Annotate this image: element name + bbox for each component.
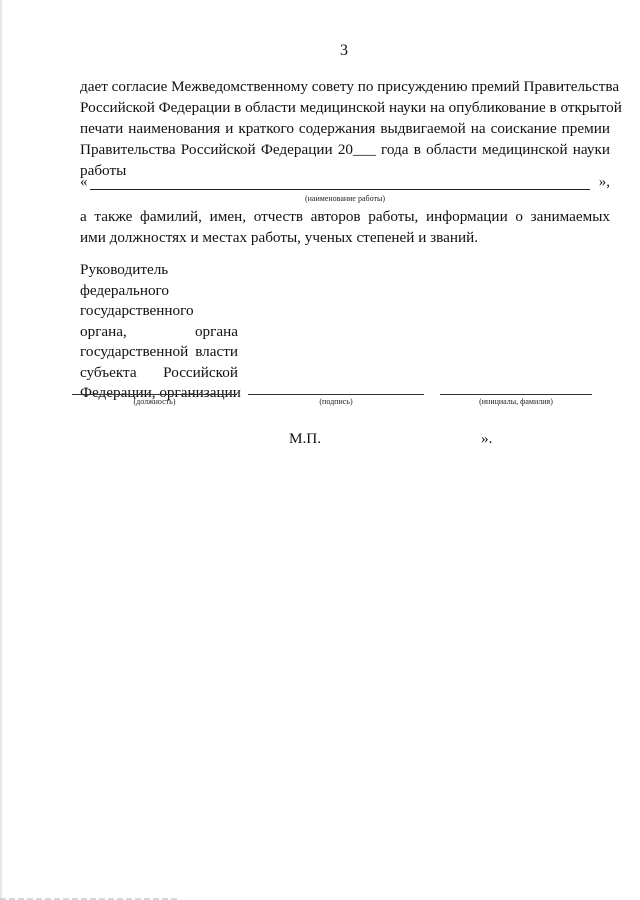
- open-quote: «: [80, 174, 88, 191]
- signer-line: Руководитель: [80, 260, 238, 281]
- signer-line: государственной власти: [80, 342, 238, 363]
- stamp-place-label: М.П.: [289, 430, 321, 448]
- paragraph-line: Российской Федерации в области медицинск…: [80, 97, 610, 118]
- name-blank-line: [440, 394, 592, 395]
- work-title-field: « »,: [80, 174, 610, 194]
- signer-title: Руководитель федерального государственно…: [80, 260, 238, 404]
- paragraph-line: а также фамилий, имен, отчеств авторов р…: [80, 206, 610, 227]
- scan-left-edge: [0, 0, 2, 900]
- authors-paragraph: а также фамилий, имен, отчеств авторов р…: [80, 206, 610, 248]
- document-page: 3 дает согласие Межведомственному совету…: [0, 0, 640, 900]
- signer-line: органа, органа: [80, 322, 238, 343]
- paragraph-line: печати наименования и краткого содержани…: [80, 118, 610, 139]
- position-blank-line: [72, 394, 237, 395]
- paragraph-line: Правительства Российской Федерации 20___…: [80, 139, 610, 160]
- close-quote: »,: [599, 174, 610, 191]
- signature-blank-line: [248, 394, 424, 395]
- position-caption: (должность): [72, 397, 237, 406]
- signer-line: субъекта Российской: [80, 363, 238, 384]
- paragraph-line: дает согласие Межведомственному совету п…: [80, 76, 610, 97]
- work-title-caption: (наименование работы): [80, 194, 610, 203]
- signature-caption: (подпись): [248, 397, 424, 406]
- signer-line: федерального: [80, 281, 238, 302]
- work-title-blank-line: [90, 189, 590, 190]
- paragraph-line: ими должностях и местах работы, ученых с…: [80, 227, 610, 248]
- signer-line: государственного: [80, 301, 238, 322]
- page-number: 3: [24, 42, 640, 60]
- closing-quote: ».: [481, 430, 492, 448]
- name-caption: (инициалы, фамилия): [440, 397, 592, 406]
- consent-paragraph: дает согласие Межведомственному совету п…: [80, 76, 610, 181]
